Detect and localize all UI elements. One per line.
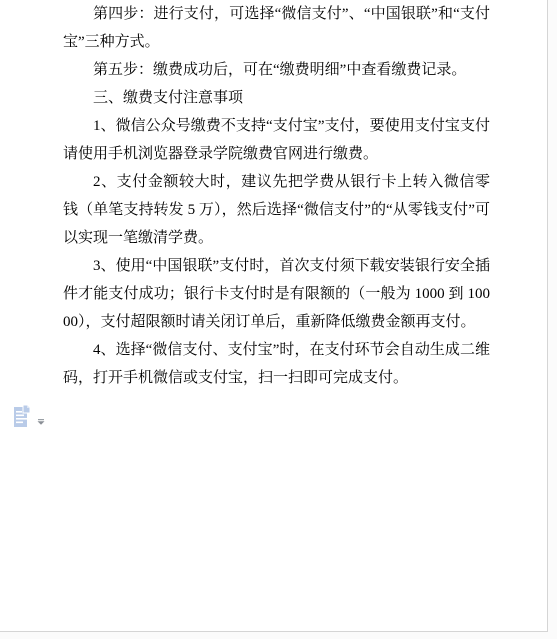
paste-options-icon xyxy=(13,404,31,428)
paragraph-note-4[interactable]: 4、选择“微信支付、支付宝”时，在支付环节会自动生成二维码，打开手机微信或支付宝… xyxy=(63,336,490,392)
paragraph-step-4[interactable]: 第四步：进行支付，可选择“微信支付”、“中国银联”和“支付宝”三种方式。 xyxy=(63,0,490,56)
paste-options-button[interactable] xyxy=(13,404,45,428)
document-page[interactable]: 第四步：进行支付，可选择“微信支付”、“中国银联”和“支付宝”三种方式。 第五步… xyxy=(0,0,548,632)
section-heading-payment-notes[interactable]: 三、缴费支付注意事项 xyxy=(63,84,490,112)
word-document-view: { "page": { "background": "#ffffff", "ed… xyxy=(0,0,557,639)
document-text-body[interactable]: 第四步：进行支付，可选择“微信支付”、“中国银联”和“支付宝”三种方式。 第五步… xyxy=(63,0,490,392)
paragraph-note-3[interactable]: 3、使用“中国银联”支付时，首次支付须下载安装银行安全插件才能支付成功；银行卡支… xyxy=(63,252,490,336)
paragraph-note-2[interactable]: 2、支付金额较大时，建议先把学费从银行卡上转入微信零钱（单笔支持转发 5 万），… xyxy=(63,168,490,252)
paragraph-note-1[interactable]: 1、微信公众号缴费不支持“支付宝”支付，要使用支付宝支付请使用手机浏览器登录学院… xyxy=(63,112,490,168)
chevron-down-icon xyxy=(37,412,45,418)
paragraph-step-5[interactable]: 第五步：缴费成功后，可在“缴费明细”中查看缴费记录。 xyxy=(63,56,490,84)
